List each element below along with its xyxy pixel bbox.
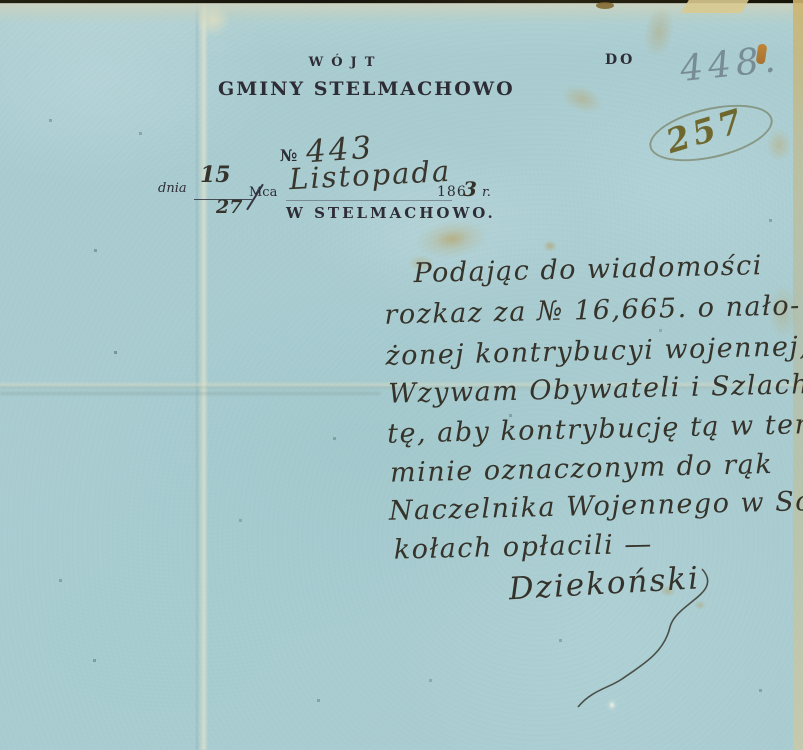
- handwritten-day-old-style: 27: [216, 196, 242, 218]
- handwritten-year-digit: 3: [463, 177, 477, 201]
- letterhead-office-title: WÓJT: [233, 55, 458, 70]
- month-blank-rule: [286, 200, 452, 201]
- fold-notch-top: [193, 0, 233, 40]
- month-abbrev-label: Mca: [249, 185, 277, 200]
- stain-dot: [543, 240, 557, 252]
- paper-top-band: [0, 3, 803, 25]
- paper-speckles: [0, 0, 1, 1]
- torn-corner-top-right: [681, 0, 749, 13]
- body-line: kołach opłacili —: [393, 529, 653, 566]
- year-suffix-label: r.: [482, 185, 491, 200]
- document-scan: WÓJT GMINY STELMACHOWO DO № 443 dnia 15 …: [0, 0, 803, 750]
- signature-flourish: [520, 565, 740, 715]
- horizontal-crease-shadow: [0, 392, 380, 395]
- place-line: W STELMACHOWO.: [286, 204, 496, 222]
- top-edge-stain: [596, 2, 614, 9]
- vertical-fold-crease: [199, 0, 208, 750]
- addressee-label: DO: [605, 52, 635, 68]
- date-prefix-label: dnia: [158, 181, 187, 196]
- handwritten-day-new-style: 15: [200, 162, 231, 188]
- letterhead-gmina-title: GMINY STELMACHOWO: [218, 78, 473, 100]
